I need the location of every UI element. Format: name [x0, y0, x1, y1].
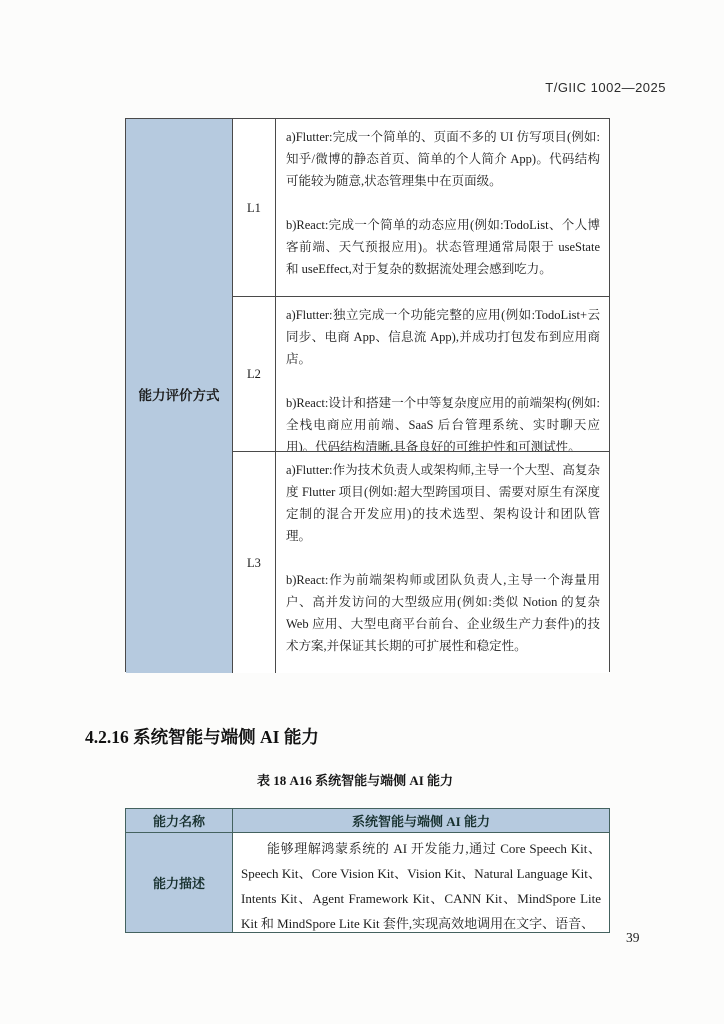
level-description-l3: a)Flutter:作为技术负责人或架构师,主导一个大型、高复杂度 Flutte…: [275, 451, 609, 673]
l1-react-text: b)React:完成一个简单的动态应用(例如:TodoList、个人博客前端、天…: [286, 214, 600, 280]
l2-react-text: b)React:设计和搭建一个中等复杂度应用的前端架构(例如:全栈电商应用前端、…: [286, 392, 600, 451]
a16-description-label: 能力描述: [126, 832, 232, 932]
level-description-l1: a)Flutter:完成一个简单的、页面不多的 UI 仿写项目(例如:知乎/微博…: [275, 119, 609, 296]
level-label-l2: L2: [232, 296, 275, 451]
l1-flutter-text: a)Flutter:完成一个简单的、页面不多的 UI 仿写项目(例如:知乎/微博…: [286, 126, 600, 192]
a16-name-label: 能力名称: [126, 809, 232, 832]
a16-description-text: 能够理解鸿蒙系统的 AI 开发能力,通过 Core Speech Kit、Spe…: [232, 832, 609, 932]
l3-react-text: b)React:作为前端架构师或团队负责人,主导一个海量用户、高并发访问的大型级…: [286, 569, 600, 657]
l3-flutter-text: a)Flutter:作为技术负责人或架构师,主导一个大型、高复杂度 Flutte…: [286, 459, 600, 547]
table-18-caption: 表 18 A16 系统智能与端侧 AI 能力: [125, 770, 585, 789]
level-label-l1: L1: [232, 119, 275, 296]
capability-evaluation-table: 能力评价方式 L1 a)Flutter:完成一个简单的、页面不多的 UI 仿写项…: [125, 118, 610, 672]
document-page: T/GIIC 1002—2025 能力评价方式 L1 a)Flutter:完成一…: [0, 0, 724, 1024]
level-label-l3: L3: [232, 451, 275, 673]
a16-name-value: 系统智能与端侧 AI 能力: [232, 809, 609, 832]
section-heading: 4.2.16 系统智能与端侧 AI 能力: [85, 724, 319, 749]
l2-flutter-text: a)Flutter:独立完成一个功能完整的应用(例如:TodoList+云同步、…: [286, 304, 600, 370]
a16-capability-table: 能力名称 系统智能与端侧 AI 能力 能力描述 能够理解鸿蒙系统的 AI 开发能…: [125, 808, 610, 933]
page-number: 39: [626, 930, 640, 946]
running-header: T/GIIC 1002—2025: [545, 80, 666, 95]
eval-row-header: 能力评价方式: [126, 119, 232, 673]
level-description-l2: a)Flutter:独立完成一个功能完整的应用(例如:TodoList+云同步、…: [275, 296, 609, 451]
